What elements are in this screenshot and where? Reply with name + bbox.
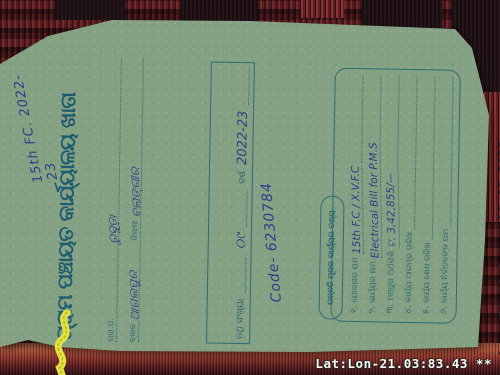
dotted-line [235,255,247,293]
row-label: ମଞ୍ଜୁର ଅର୍ଥରାଶି [386,251,397,301]
yellow-thread [48,309,81,375]
gp-label: ଗ୍ରା.ପ. [106,318,116,342]
row-number: ୪. [404,305,414,314]
dotted-line [372,75,382,139]
gps-latlon-overlay: Lat:Lon-21.03:83.43 ** [315,356,492,371]
dotted-line [238,67,250,105]
dotted-line [442,77,454,226]
block-label: ବ୍ଲକ [128,324,138,342]
row-value-handwriting: 15th F.C / X.V.F.C [350,166,365,254]
row-number: ୨. [368,306,378,314]
row-number: ୧. [350,305,360,313]
thread-icon [48,309,81,375]
block-district-row: ବ୍ଲକ ଆଗଲପୁର ଜିଲ୍ଲା ବଲାଙ୍ଗୀର [124,58,144,342]
file-number-year-box: ନଥି ସଂଖ୍ୟା ୦୯ ବର୍ଷ 2022-23 [206,61,255,344]
dotted-line [353,75,364,163]
row-number: ୫. [422,306,432,315]
row-label: କାର୍ଯ୍ୟ ନିର୍ବାହକଙ୍କ ନାମ [440,229,451,303]
district-value-handwriting: ବଲାଙ୍ଗୀର [128,166,145,218]
row-value-handwriting: ଟ. 3,42,855/— [385,173,400,248]
code-annotation: Code- 6230784 [259,181,285,303]
row-number: ୬. [440,306,450,315]
folder-upright-content: 15th FC. 2022-23 ଗ୍ରାମ ପଞ୍ଚାୟତ କାର୍ଯ୍ୟାଳ… [10,52,475,350]
file-no-value-handwriting: ୦୯ [234,233,249,249]
photo: { "folder": { "annotation_top_right": "1… [0,0,500,375]
folder-title: ଗ୍ରାମ ପଞ୍ଚାୟତ କାର୍ଯ୍ୟାଳୟ ଖାତା [52,85,81,341]
district-label: ଜିଲ୍ଲା [130,221,140,241]
row-number: ୩. [386,304,396,314]
year-value-handwriting: 2022-23 [235,111,251,166]
gp-row: ଗ୍ରା.ପ. ରୁସୁଡ଼ା [102,58,122,342]
file-no-label: ନଥି ସଂଖ୍ୟା [235,299,246,339]
dotted-line [389,76,400,171]
row-label: କାର୍ଯ୍ୟ ଆରମ୍ଭ ତାରିଖ [404,232,415,303]
row-value-handwriting: Electrical Bill for P.M.S [368,142,383,258]
development-work-details-box: ୧. ଯୋଜନାର ନାମ 15th F.C / X.V.F.C ୨. କାର୍… [330,68,460,324]
corner-annotation: 15th FC. 2022-23 [9,61,61,185]
dotted-line [236,190,248,228]
gp-value-handwriting: ରୁସୁଡ଼ା [106,214,122,245]
row-label: ଯୋଜନାର ନାମ [350,257,361,302]
block-value-handwriting: ଆଗଲପୁର [126,269,143,321]
row-label: କାର୍ଯ୍ୟର ନାମ [368,261,379,303]
year-label: ବର୍ଷ [238,171,248,184]
row-label: କାର୍ଯ୍ୟ ଶେଷ ତାରିଖ [422,243,433,303]
